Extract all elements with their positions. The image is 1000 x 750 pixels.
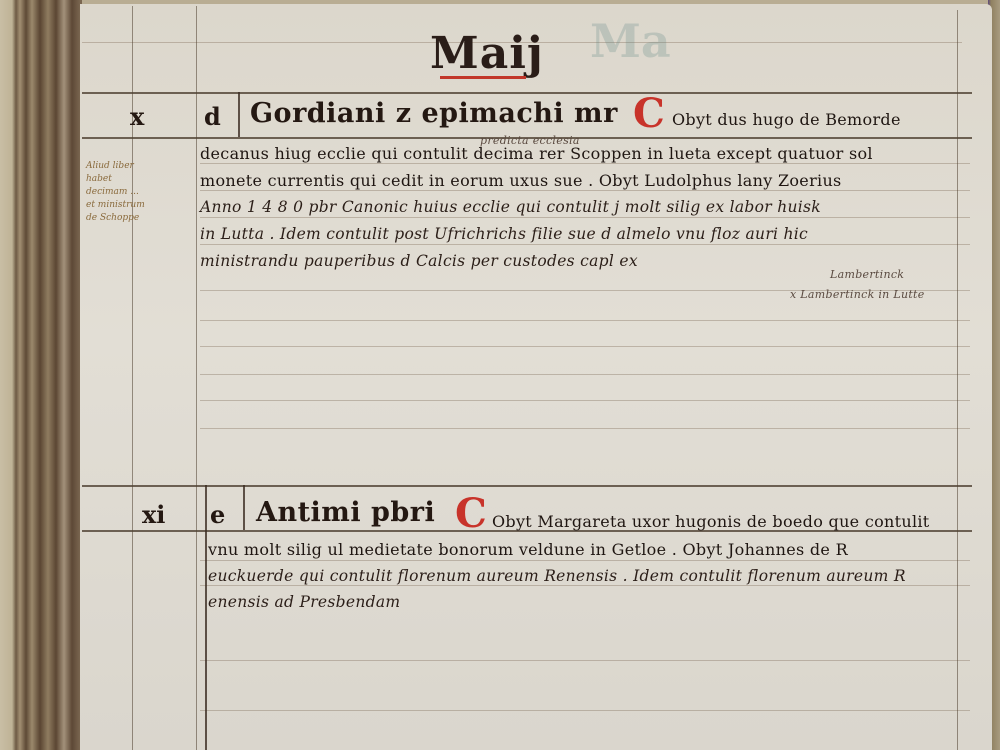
month-heading-text: Maij bbox=[430, 28, 544, 79]
ruling-line bbox=[200, 428, 970, 429]
ruling-column bbox=[196, 6, 197, 750]
right-annotation: x Lambertinck in Lutte bbox=[790, 288, 925, 301]
entry-line: euckuerde qui contulit florenum aureum R… bbox=[208, 567, 906, 585]
rubric-mark: C bbox=[633, 90, 665, 137]
entry-line: ministrandu pauperibus d Calcis per cust… bbox=[200, 252, 638, 270]
feast-heading: Gordiani z epimachi mr bbox=[250, 98, 618, 129]
entry-line: Obyt Margareta uxor hugonis de boedo que… bbox=[492, 512, 930, 531]
dominical-letter: e bbox=[210, 500, 225, 529]
ruling-line bbox=[200, 710, 970, 711]
ruling-line bbox=[200, 320, 970, 321]
entry-line: in Lutta . Idem contulit post Ufrichrich… bbox=[200, 225, 808, 243]
show-through-ink: Ma bbox=[590, 14, 671, 68]
ruling-line bbox=[200, 244, 970, 245]
rubric-underline bbox=[440, 76, 526, 79]
ruling-line bbox=[82, 485, 972, 487]
day-numeral: x bbox=[130, 102, 144, 131]
ruling-line bbox=[200, 660, 970, 661]
ruling-line bbox=[200, 560, 970, 561]
dominical-letter: d bbox=[204, 102, 221, 131]
ruling-line bbox=[200, 346, 970, 347]
ruling-line bbox=[200, 374, 970, 375]
entry-line: vnu molt silig ul medietate bonorum veld… bbox=[208, 540, 848, 559]
ruling-column bbox=[957, 10, 958, 750]
rubric-mark: C bbox=[455, 490, 487, 537]
feast-heading: Antimi pbri bbox=[256, 497, 435, 528]
ruling-line bbox=[200, 217, 970, 218]
ruling-line bbox=[200, 585, 970, 586]
entry-line: Obyt dus hugo de Bemorde bbox=[672, 110, 901, 129]
entry-line: decanus hiug ecclie qui contulit decima … bbox=[200, 144, 873, 163]
ruling-column bbox=[238, 92, 240, 137]
ruling-line bbox=[200, 400, 970, 401]
right-annotation: Lambertinck bbox=[830, 268, 904, 281]
entry-line: monete currentis qui cedit in eorum uxus… bbox=[200, 171, 842, 190]
ruling-column bbox=[243, 485, 245, 530]
ruling-column bbox=[205, 485, 207, 750]
entry-line: enensis ad Presbendam bbox=[208, 593, 400, 611]
ruling-line bbox=[82, 92, 972, 94]
month-heading: Maij bbox=[430, 28, 544, 79]
book-edge bbox=[0, 0, 82, 750]
margin-note: Aliud liber habet decimam ... et ministr… bbox=[86, 160, 146, 225]
ruling-line bbox=[200, 190, 970, 191]
ruling-line bbox=[200, 163, 970, 164]
entry-line: Anno 1 4 8 0 pbr Canonic huius ecclie qu… bbox=[200, 198, 821, 216]
day-numeral: xi bbox=[142, 500, 165, 529]
